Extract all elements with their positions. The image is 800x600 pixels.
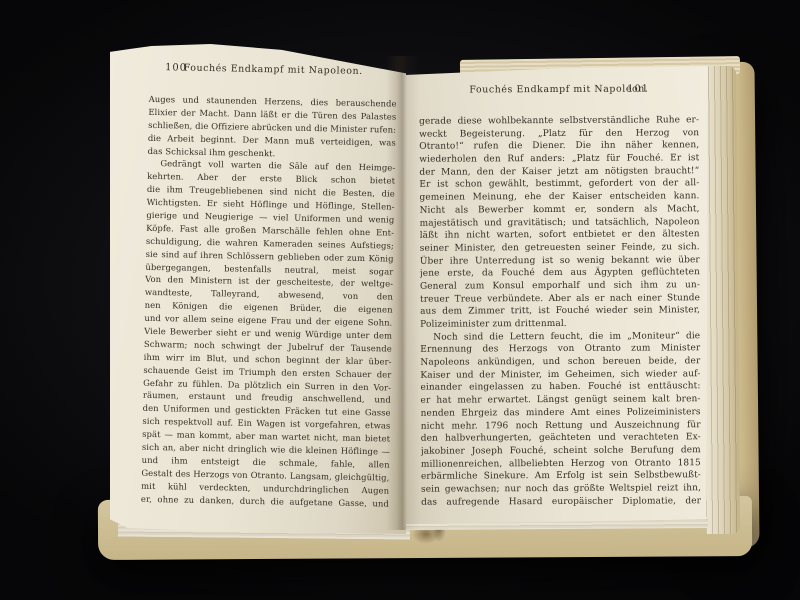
- text-line: Nicht als Bewerber kommt er, sondern als…: [420, 203, 700, 217]
- left-page: 100 Fouchés Endkampf mit Napoleon. Auges…: [110, 44, 406, 534]
- photo-scene: 100 Fouchés Endkampf mit Napoleon. Auges…: [0, 0, 800, 600]
- open-book: 100 Fouchés Endkampf mit Napoleon. Auges…: [0, 0, 800, 600]
- text-line: jakobiner Joseph Fouché, scheint solche …: [421, 444, 701, 458]
- text-line: wiederholen den Ruf anders: „Platz für F…: [419, 152, 699, 166]
- running-header-right: Fouchés Endkampf mit Napoleon.: [469, 84, 648, 96]
- text-line: das aufregende Hasard europäischer Diplo…: [421, 495, 701, 509]
- text-line: General zum Konsul emporhalf und sich ih…: [420, 279, 700, 293]
- right-page-text: gerade diese wohlbekannte selbstverständ…: [419, 114, 701, 509]
- text-line: seiner Minister, den getreuesten seiner …: [420, 241, 700, 255]
- running-header-left: Fouchés Endkampf mit Napoleon.: [184, 63, 363, 77]
- left-page-text: Auges und staunenden Herzens, dies berau…: [141, 93, 397, 510]
- text-line: gemeinen Meinung, ehe der Kaiser entsche…: [419, 190, 699, 204]
- text-line: nenden Ehrgeiz das mindere Amt eines Pol…: [421, 406, 701, 420]
- left-page-header: 100 Fouchés Endkampf mit Napoleon.: [149, 62, 397, 81]
- left-page-surface: 100 Fouchés Endkampf mit Napoleon. Auges…: [105, 41, 410, 537]
- page-number-left: 100: [165, 62, 187, 73]
- right-page-surface: Fouchés Endkampf mit Napoleon. 101 gerad…: [401, 65, 709, 525]
- text-line: er hat mehr erwartet. Längst genügt sein…: [421, 393, 701, 407]
- text-line: aus dem Zimmer tritt, ist Fouché wieder …: [420, 305, 700, 319]
- right-page-header: Fouchés Endkampf mit Napoleon. 101: [419, 83, 699, 98]
- right-page: Fouchés Endkampf mit Napoleon. 101 gerad…: [402, 66, 708, 524]
- text-line: Napoleons ankündigen, und schon bereuen …: [420, 355, 700, 369]
- text-line: gerade diese wohlbekannte selbstverständ…: [419, 114, 699, 128]
- text-line: sein gewachsen; nur noch das größte Welt…: [421, 482, 701, 496]
- page-number-right: 101: [627, 84, 649, 95]
